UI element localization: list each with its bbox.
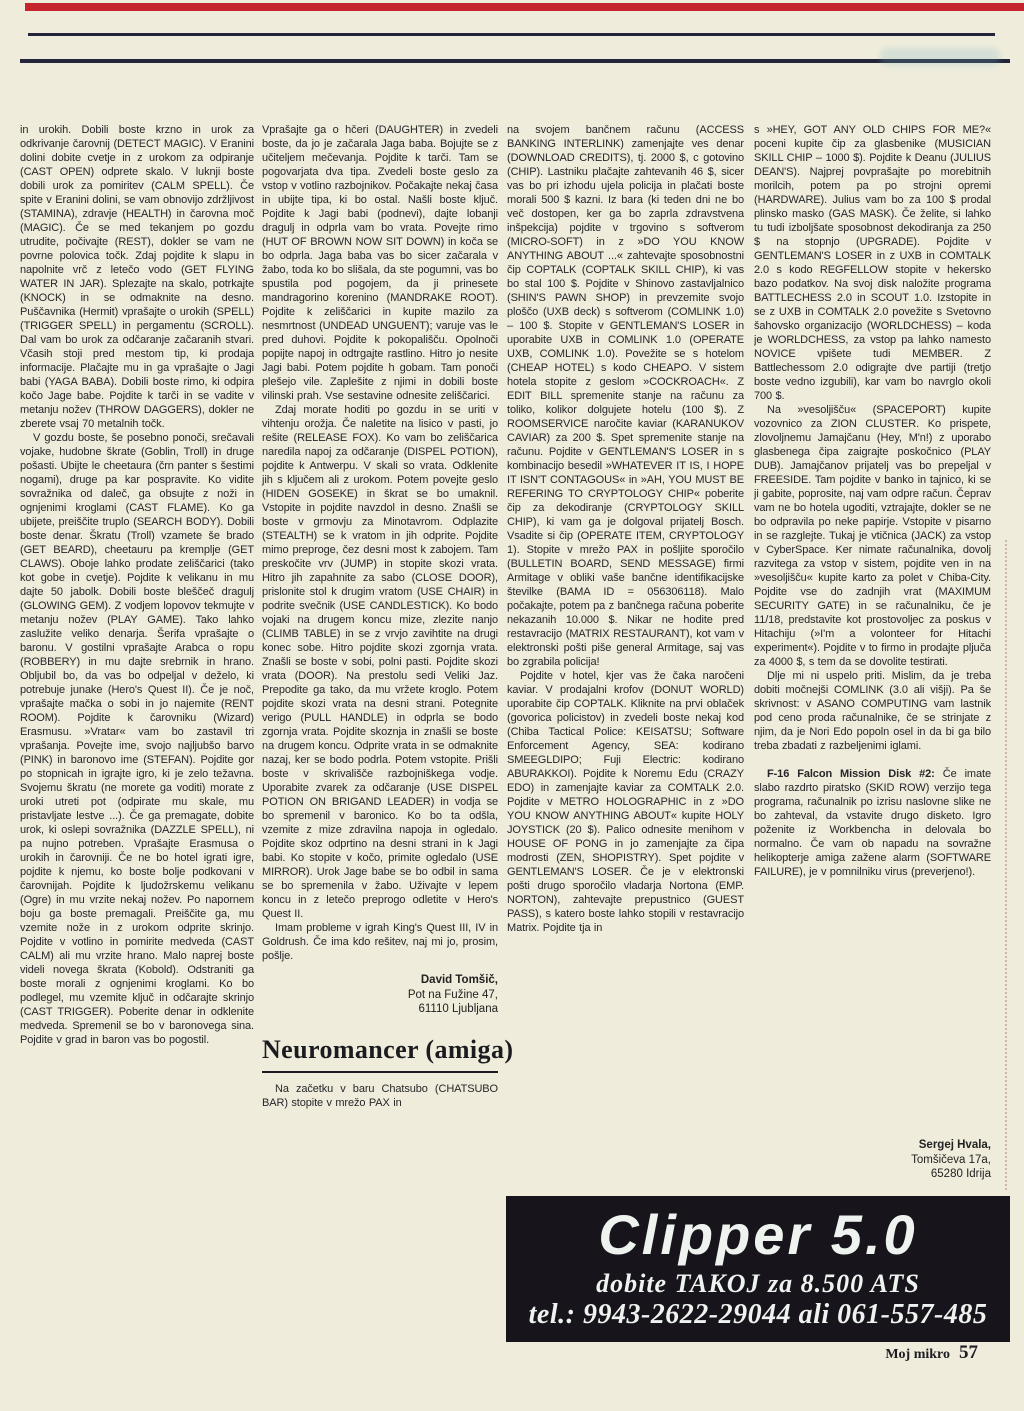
author-name: Sergej Hvala,	[754, 1138, 991, 1153]
author-address: Pot na Fužine 47,	[262, 988, 498, 1003]
text-column-4: s »HEY, GOT ANY OLD CHIPS FOR ME?« pocen…	[754, 123, 991, 1123]
paragraph-text: Če imate slabo razdrto piratsko (SKID RO…	[754, 768, 991, 878]
paragraph: Vprašajte ga o hčeri (DAUGHTER) in zvede…	[262, 123, 498, 403]
article-heading-neuromancer: Neuromancer (amiga)	[262, 1035, 498, 1065]
ad-offer-line: dobite TAKOJ za 8.500 ATS	[596, 1269, 920, 1299]
author-signature-tomsic: David Tomšič, Pot na Fužine 47, 61110 Lj…	[262, 973, 498, 1017]
author-name: David Tomšič,	[262, 973, 498, 988]
author-address: Tomšičeva 17a,	[754, 1153, 991, 1168]
ad-title: Clipper 5.0	[598, 1207, 917, 1263]
heading-rule	[262, 1071, 498, 1073]
dotted-margin-line	[1005, 540, 1007, 1190]
paragraph: Na »vesoljišču« (SPACEPORT) kupite vozov…	[754, 403, 991, 669]
page-footer: Moj mikro 57	[885, 1342, 978, 1364]
paragraph-bold-lead: F-16 Falcon Mission Disk #2:	[767, 768, 935, 780]
author-address: 61110 Ljubljana	[262, 1002, 498, 1017]
paragraph: in urokih. Dobili boste krzno in urok za…	[20, 123, 254, 431]
paragraph: na svojem bančnem računu (ACCESS BANKING…	[507, 123, 744, 669]
paragraph: s »HEY, GOT ANY OLD CHIPS FOR ME?« pocen…	[754, 123, 991, 403]
top-rule-1	[28, 33, 995, 36]
author-address: 65280 Idrija	[754, 1167, 991, 1182]
top-rule-2	[20, 59, 1010, 63]
magazine-page: in urokih. Dobili boste krzno in urok za…	[0, 0, 1024, 1411]
text-column-3: na svojem bančnem računu (ACCESS BANKING…	[507, 123, 744, 1193]
paragraph: Na začetku v baru Chatsubo (CHATSUBO BAR…	[262, 1082, 498, 1110]
paragraph-f16-falcon: F-16 Falcon Mission Disk #2: Če imate sl…	[754, 767, 991, 879]
paragraph: Zdaj morate hoditi po gozdu in se uriti …	[262, 403, 498, 921]
paragraph: Dlje mi ni uspelo priti. Mislim, da je t…	[754, 669, 991, 753]
text-column-2: Vprašajte ga o hčeri (DAUGHTER) in zvede…	[262, 123, 498, 1393]
page-number: 57	[959, 1342, 978, 1364]
paragraph: Pojdite v hotel, kjer vas že čaka naroče…	[507, 669, 744, 935]
paragraph: V gozdu boste, še posebno ponoči, srečav…	[20, 431, 254, 1047]
ad-phone-line: tel.: 9943-2622-29044 ali 061-557-485	[529, 1299, 988, 1331]
author-signature-hvala: Sergej Hvala, Tomšičeva 17a, 65280 Idrij…	[754, 1138, 991, 1182]
clipper-advertisement: Clipper 5.0 dobite TAKOJ za 8.500 ATS te…	[508, 1198, 1008, 1340]
magazine-name: Moj mikro	[885, 1347, 950, 1363]
paragraph: Imam probleme v igrah King's Quest III, …	[262, 921, 498, 963]
top-red-bar	[25, 3, 1024, 11]
text-column-1: in urokih. Dobili boste krzno in urok za…	[20, 123, 254, 1373]
scan-artifact	[880, 48, 1000, 66]
